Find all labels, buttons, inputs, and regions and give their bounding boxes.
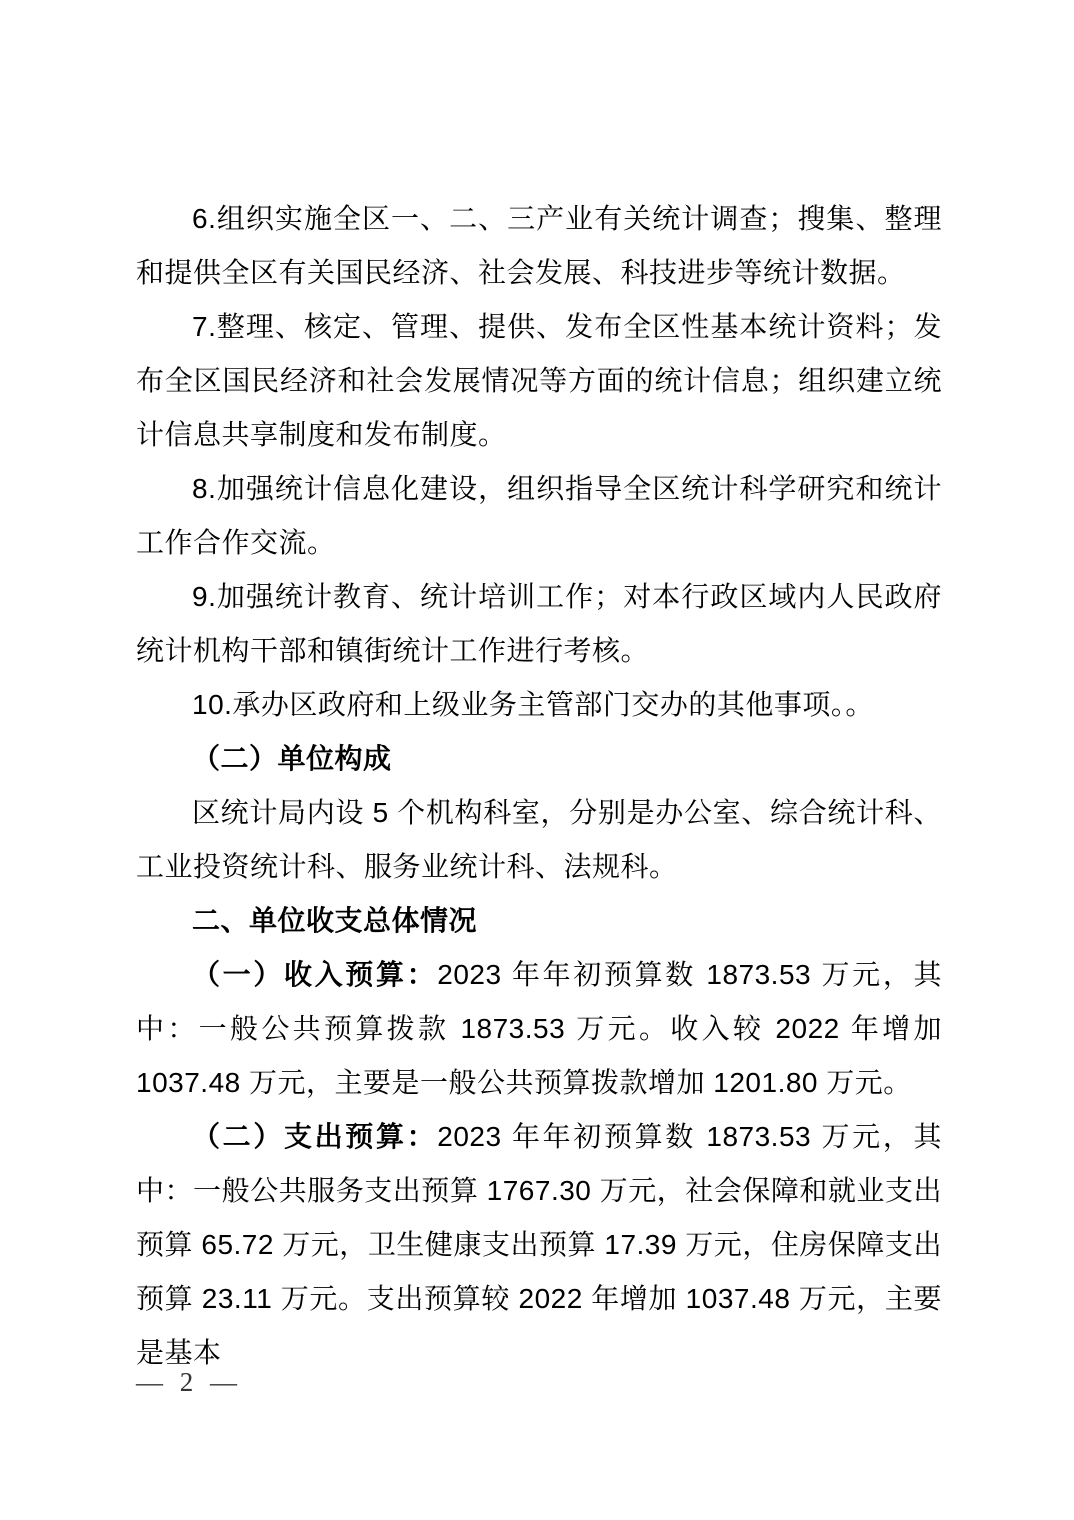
- section-heading-budget-overview: 二、单位收支总体情况: [136, 894, 942, 948]
- paragraph-unit-composition: 区统计局内设 5 个机构科室，分别是办公室、综合统计科、工业投资统计科、服务业统…: [136, 786, 942, 894]
- paragraph-text-expenditure: 2023 年年初预算数 1873.53 万元，其中：一般公共服务支出预算 176…: [136, 1121, 942, 1368]
- subsection-heading-unit-composition: （二）单位构成: [136, 732, 942, 786]
- page-number: — 2 —: [136, 1366, 242, 1398]
- paragraph-duty-10: 10.承办区政府和上级业务主管部门交办的其他事项。。: [136, 678, 942, 732]
- paragraph-duty-6: 6.组织实施全区一、二、三产业有关统计调查；搜集、整理和提供全区有关国民经济、社…: [136, 192, 942, 300]
- paragraph-duty-9: 9.加强统计教育、统计培训工作；对本行政区域内人民政府统计机构干部和镇街统计工作…: [136, 570, 942, 678]
- paragraph-income-budget: （一）收入预算：2023 年年初预算数 1873.53 万元，其中：一般公共预算…: [136, 948, 942, 1110]
- paragraph-duty-8: 8.加强统计信息化建设，组织指导全区统计科学研究和统计工作合作交流。: [136, 462, 942, 570]
- paragraph-expenditure-budget: （二）支出预算：2023 年年初预算数 1873.53 万元，其中：一般公共服务…: [136, 1110, 942, 1380]
- document-body: 6.组织实施全区一、二、三产业有关统计调查；搜集、整理和提供全区有关国民经济、社…: [136, 192, 942, 1380]
- document-page: 6.组织实施全区一、二、三产业有关统计调查；搜集、整理和提供全区有关国民经济、社…: [0, 0, 1074, 1520]
- paragraph-lead-income: （一）收入预算：: [192, 959, 437, 990]
- paragraph-duty-7: 7.整理、核定、管理、提供、发布全区性基本统计资料；发布全区国民经济和社会发展情…: [136, 300, 942, 462]
- paragraph-lead-expenditure: （二）支出预算：: [192, 1121, 437, 1152]
